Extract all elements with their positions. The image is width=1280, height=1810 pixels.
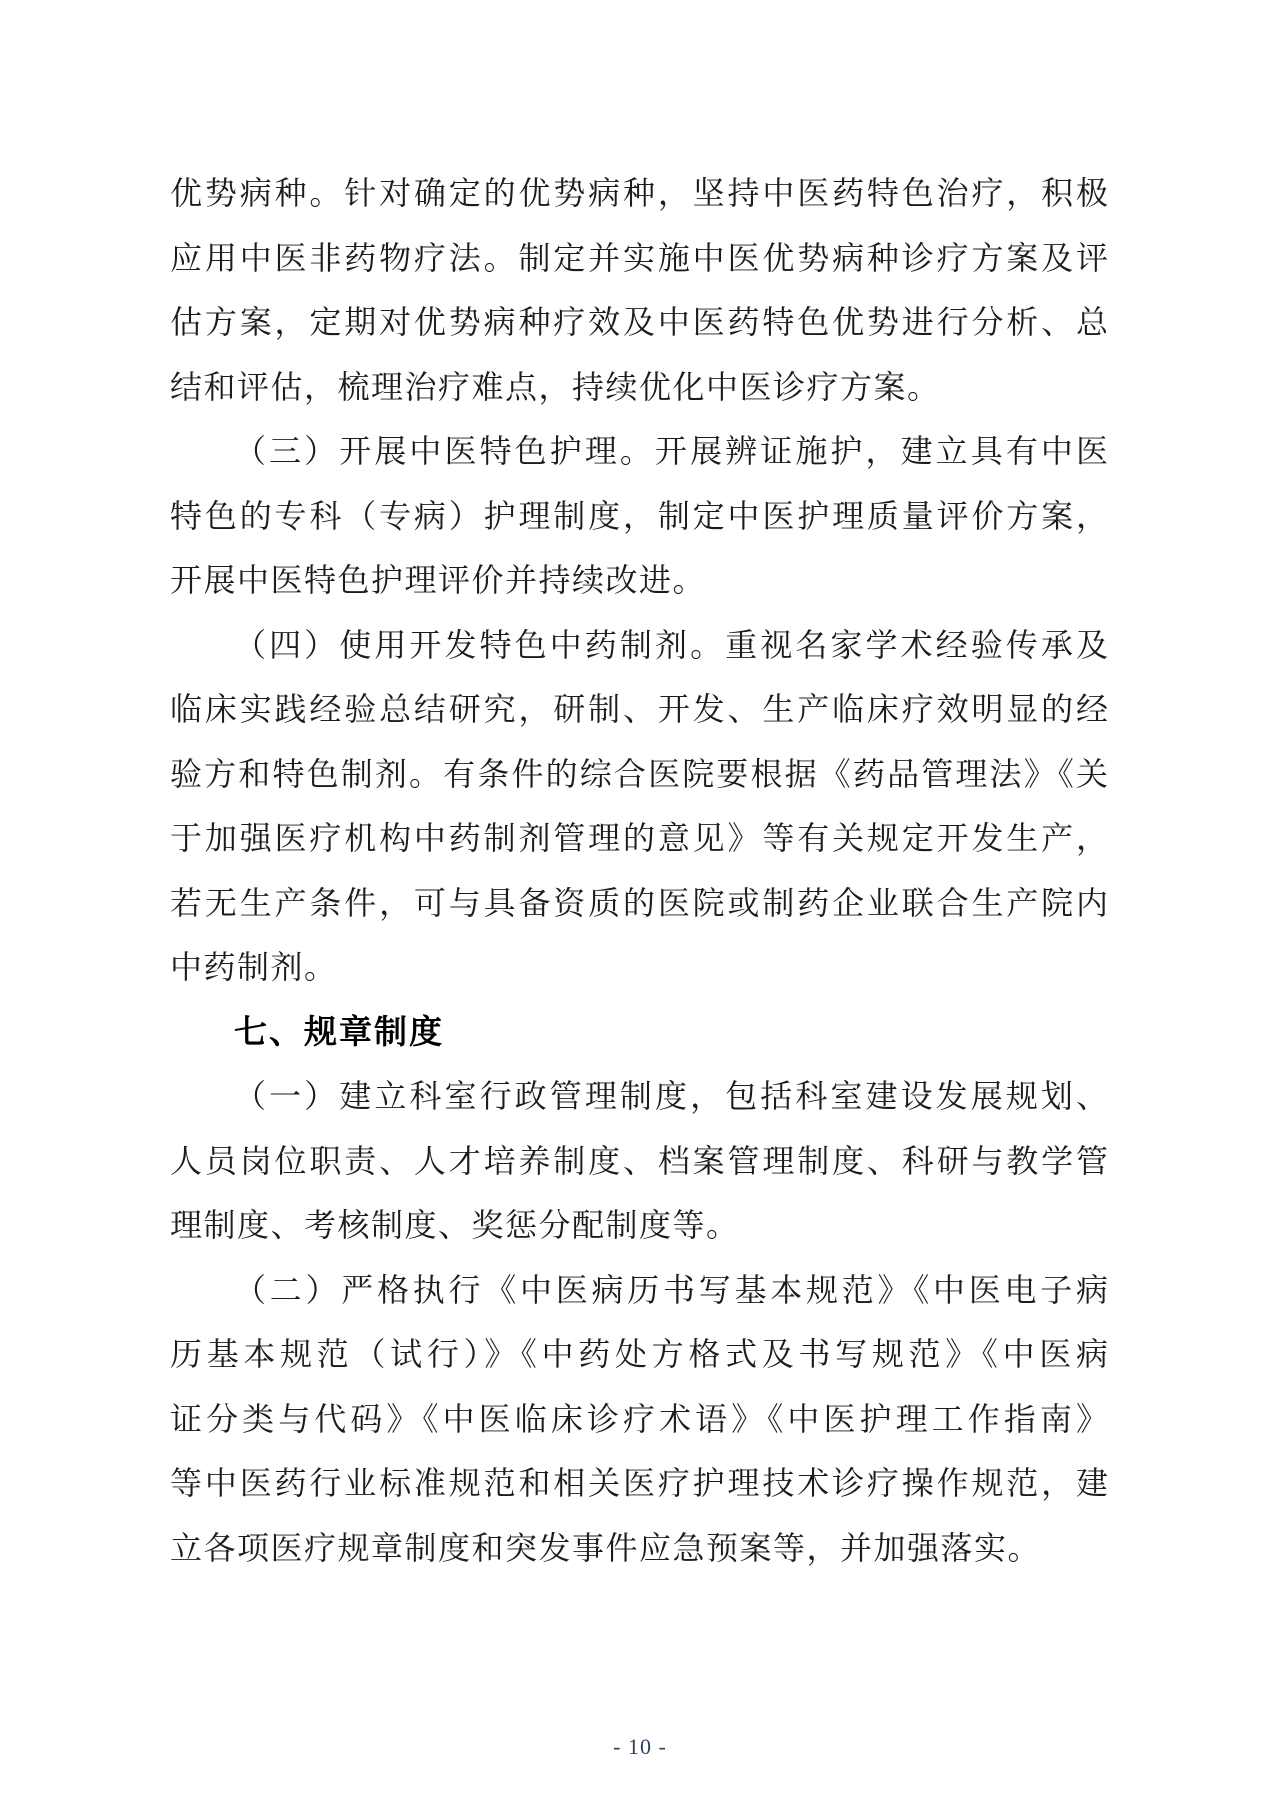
document-body: 优势病种。针对确定的优势病种，坚持中医药特色治疗，积极 应用中医非药物疗法。制定…	[170, 161, 1108, 1580]
section-heading: 七、规章制度	[170, 1000, 1108, 1065]
text-line: 于加强医疗机构中药制剂管理的意见》等有关规定开发生产，	[170, 806, 1108, 871]
text-line: 历基本规范（试行）》《中药处方格式及书写规范》《中医病	[170, 1322, 1108, 1387]
text-line: 中药制剂。	[170, 935, 1108, 1000]
text-line: 结和评估，梳理治疗难点，持续优化中医诊疗方案。	[170, 355, 1108, 420]
text-line: 等中医药行业标准规范和相关医疗护理技术诊疗操作规范，建	[170, 1451, 1108, 1516]
text-line: 人员岗位职责、人才培养制度、档案管理制度、科研与教学管	[170, 1129, 1108, 1194]
text-line: （一）建立科室行政管理制度，包括科室建设发展规划、	[170, 1064, 1108, 1129]
document-page: 优势病种。针对确定的优势病种，坚持中医药特色治疗，积极 应用中医非药物疗法。制定…	[0, 0, 1280, 1810]
text-line: （二）严格执行《中医病历书写基本规范》《中医电子病	[170, 1258, 1108, 1323]
text-line: 估方案，定期对优势病种疗效及中医药特色优势进行分析、总	[170, 290, 1108, 355]
text-line: （三）开展中医特色护理。开展辨证施护，建立具有中医	[170, 419, 1108, 484]
text-line: 应用中医非药物疗法。制定并实施中医优势病种诊疗方案及评	[170, 226, 1108, 291]
text-line: 验方和特色制剂。有条件的综合医院要根据《药品管理法》《关	[170, 742, 1108, 807]
text-line: （四）使用开发特色中药制剂。重视名家学术经验传承及	[170, 613, 1108, 678]
text-line: 开展中医特色护理评价并持续改进。	[170, 548, 1108, 613]
page-footer: - 10 -	[0, 1734, 1280, 1760]
text-line: 若无生产条件，可与具备资质的医院或制药企业联合生产院内	[170, 871, 1108, 936]
text-line: 优势病种。针对确定的优势病种，坚持中医药特色治疗，积极	[170, 161, 1108, 226]
text-line: 理制度、考核制度、奖惩分配制度等。	[170, 1193, 1108, 1258]
text-line: 临床实践经验总结研究，研制、开发、生产临床疗效明显的经	[170, 677, 1108, 742]
text-line: 证分类与代码》《中医临床诊疗术语》《中医护理工作指南》	[170, 1387, 1108, 1452]
text-line: 特色的专科（专病）护理制度，制定中医护理质量评价方案，	[170, 484, 1108, 549]
text-line: 立各项医疗规章制度和突发事件应急预案等，并加强落实。	[170, 1516, 1108, 1581]
page-number: - 10 -	[613, 1734, 667, 1759]
